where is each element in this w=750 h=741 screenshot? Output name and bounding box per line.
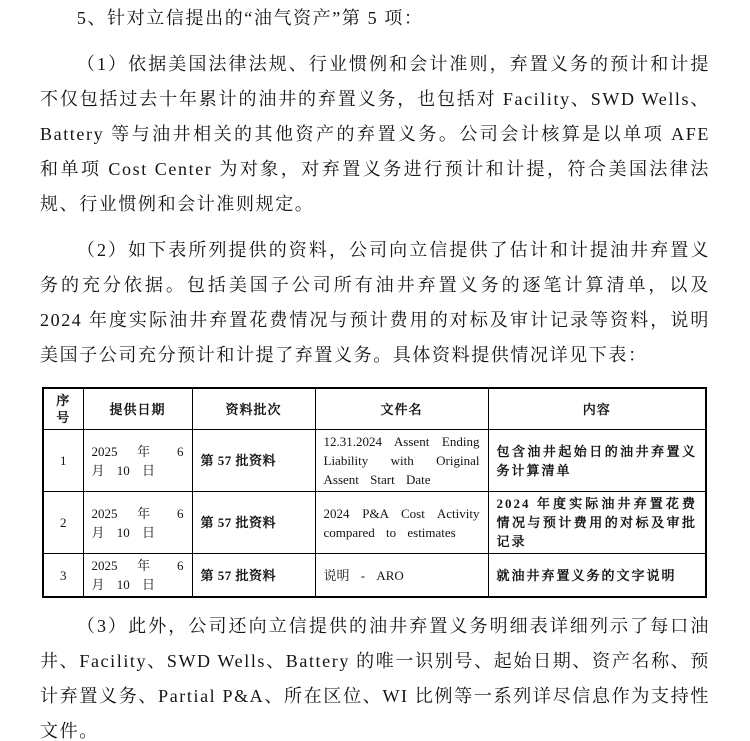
paragraph-2: （2）如下表所列提供的资料，公司向立信提供了估计和计提油井弃置义务的充分依据。包… [40, 233, 710, 373]
cell-file: 说明 - ARO [315, 554, 488, 598]
header-cell-batch: 资料批次 [192, 388, 315, 430]
header-cell-file: 文件名 [315, 388, 488, 430]
cell-batch: 第 57 批资料 [192, 554, 315, 598]
table-row-2: 2 2025 年 6 月 10 日 第 57 批资料 2024 P&A Cost… [43, 492, 706, 554]
table-row-3: 3 2025 年 6 月 10 日 第 57 批资料 说明 - ARO 就油井弃… [43, 554, 706, 598]
table-header-row: 序号 提供日期 资料批次 文件名 内容 [43, 388, 706, 430]
cell-content: 就油井弃置义务的文字说明 [488, 554, 706, 598]
cell-file: 2024 P&A Cost Activity compared to estim… [315, 492, 488, 554]
header-cell-date: 提供日期 [83, 388, 192, 430]
cell-seq: 3 [43, 554, 83, 598]
section-heading: 5、针对立信提出的“油气资产”第 5 项： [40, 1, 710, 36]
cell-seq: 2 [43, 492, 83, 554]
cell-batch: 第 57 批资料 [192, 492, 315, 554]
cell-content: 包含油井起始日的油井弃置义务计算清单 [488, 430, 706, 492]
header-cell-content: 内容 [488, 388, 706, 430]
cell-date: 2025 年 6 月 10 日 [83, 554, 192, 598]
cell-date: 2025 年 6 月 10 日 [83, 430, 192, 492]
paragraph-1: （1）依据美国法律法规、行业惯例和会计准则，弃置义务的预计和计提不仅包括过去十年… [40, 47, 710, 222]
cell-content: 2024 年度实际油井弃置花费情况与预计费用的对标及审批记录 [488, 492, 706, 554]
cell-file: 12.31.2024 Assent Ending Liability with … [315, 430, 488, 492]
cell-batch: 第 57 批资料 [192, 430, 315, 492]
table-row-1: 1 2025 年 6 月 10 日 第 57 批资料 12.31.2024 As… [43, 430, 706, 492]
document-page: 5、针对立信提出的“油气资产”第 5 项： （1）依据美国法律法规、行业惯例和会… [0, 0, 750, 741]
paragraph-3: （3）此外，公司还向立信提供的油井弃置义务明细表详细列示了每口油井、Facili… [40, 609, 710, 741]
header-cell-seq: 序号 [43, 388, 83, 430]
cell-date: 2025 年 6 月 10 日 [83, 492, 192, 554]
materials-table: 序号 提供日期 资料批次 文件名 内容 1 2025 年 6 月 10 日 第 … [42, 387, 707, 598]
cell-seq: 1 [43, 430, 83, 492]
